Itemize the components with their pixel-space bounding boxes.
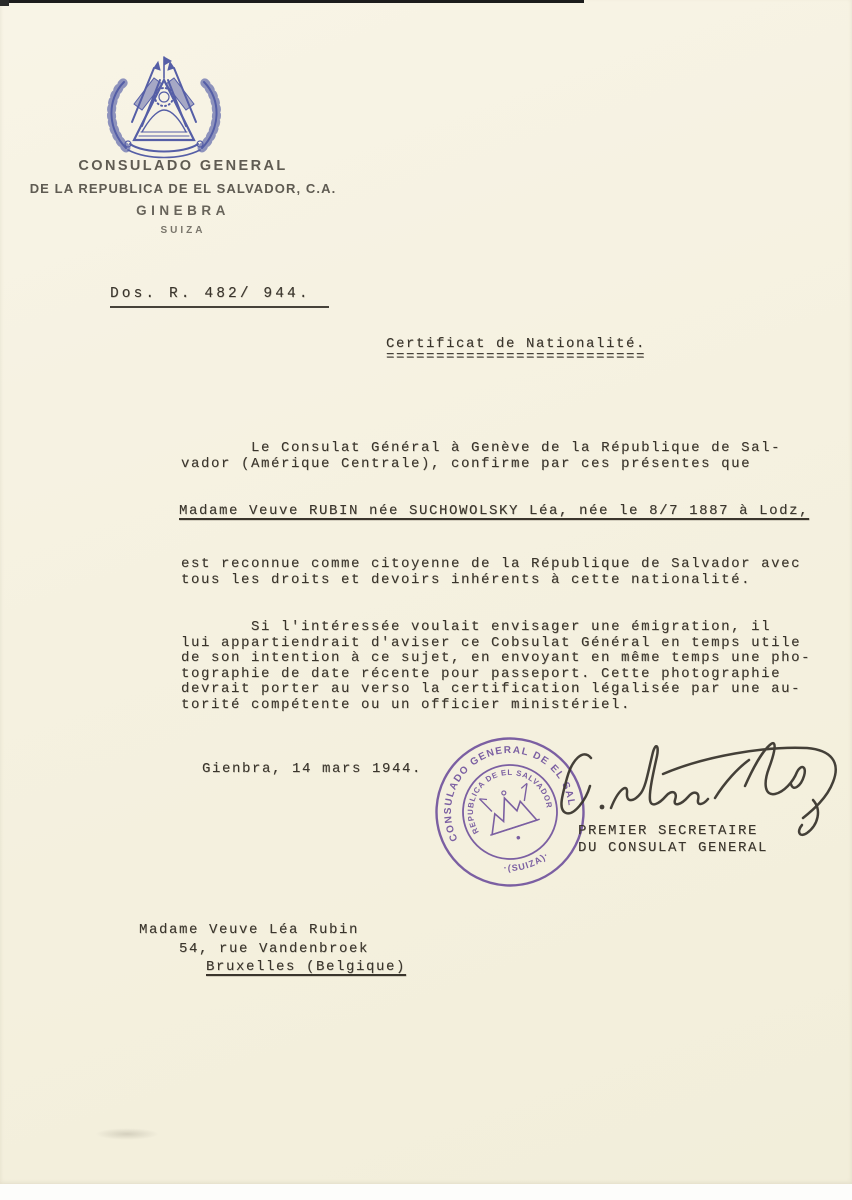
scan-artifact-top-edge <box>8 0 584 3</box>
paragraph-emigration: Si l'intéressée voulait envisager une ém… <box>181 620 811 713</box>
dossier-number: Dos. R. 482/ 944. <box>110 287 329 308</box>
recipient-street: 54, rue Vandenbroek <box>179 942 369 958</box>
pencil-smudge <box>95 1128 159 1140</box>
paragraph-recognition: est reconnue comme citoyenne de la Répub… <box>181 556 801 588</box>
signer-title-line2: DU CONSULAT GENERAL <box>578 840 768 856</box>
scan-artifact-corner <box>0 0 9 6</box>
signer-title: PREMIER SECRETAIREDU CONSULAT GENERAL <box>578 823 768 857</box>
paragraph-intro: Le Consulat Général à Genève de la Répub… <box>181 441 781 472</box>
recipient-name: Madame Veuve Léa Rubin <box>139 923 359 939</box>
letterhead-city: GINEBRA <box>28 203 338 218</box>
letterhead: CONSULADO GENERAL DE LA REPUBLICA DE EL … <box>28 158 338 236</box>
stamp-center-emblem <box>478 783 543 847</box>
subject-name-line: Madame Veuve RUBIN née SUCHOWOLSKY Léa, … <box>179 504 809 520</box>
place-date-line: Gienbra, 14 mars 1944. <box>202 762 422 778</box>
letterhead-org-country: DE LA REPUBLICA DE EL SALVADOR, C.A. <box>28 181 338 196</box>
scanned-certificate-page: CONSULADO GENERAL DE LA REPUBLICA DE EL … <box>0 0 852 1200</box>
title-underline: ========================== <box>386 350 646 366</box>
letterhead-country: SUIZA <box>28 225 338 236</box>
scan-background-bottom <box>0 1184 852 1200</box>
letterhead-org-name: CONSULADO GENERAL <box>28 158 338 174</box>
el-salvador-coat-of-arms-icon <box>96 52 232 164</box>
recipient-city: Bruxelles (Belgique) <box>206 960 406 976</box>
signer-title-line1: PREMIER SECRETAIRE <box>578 823 758 839</box>
